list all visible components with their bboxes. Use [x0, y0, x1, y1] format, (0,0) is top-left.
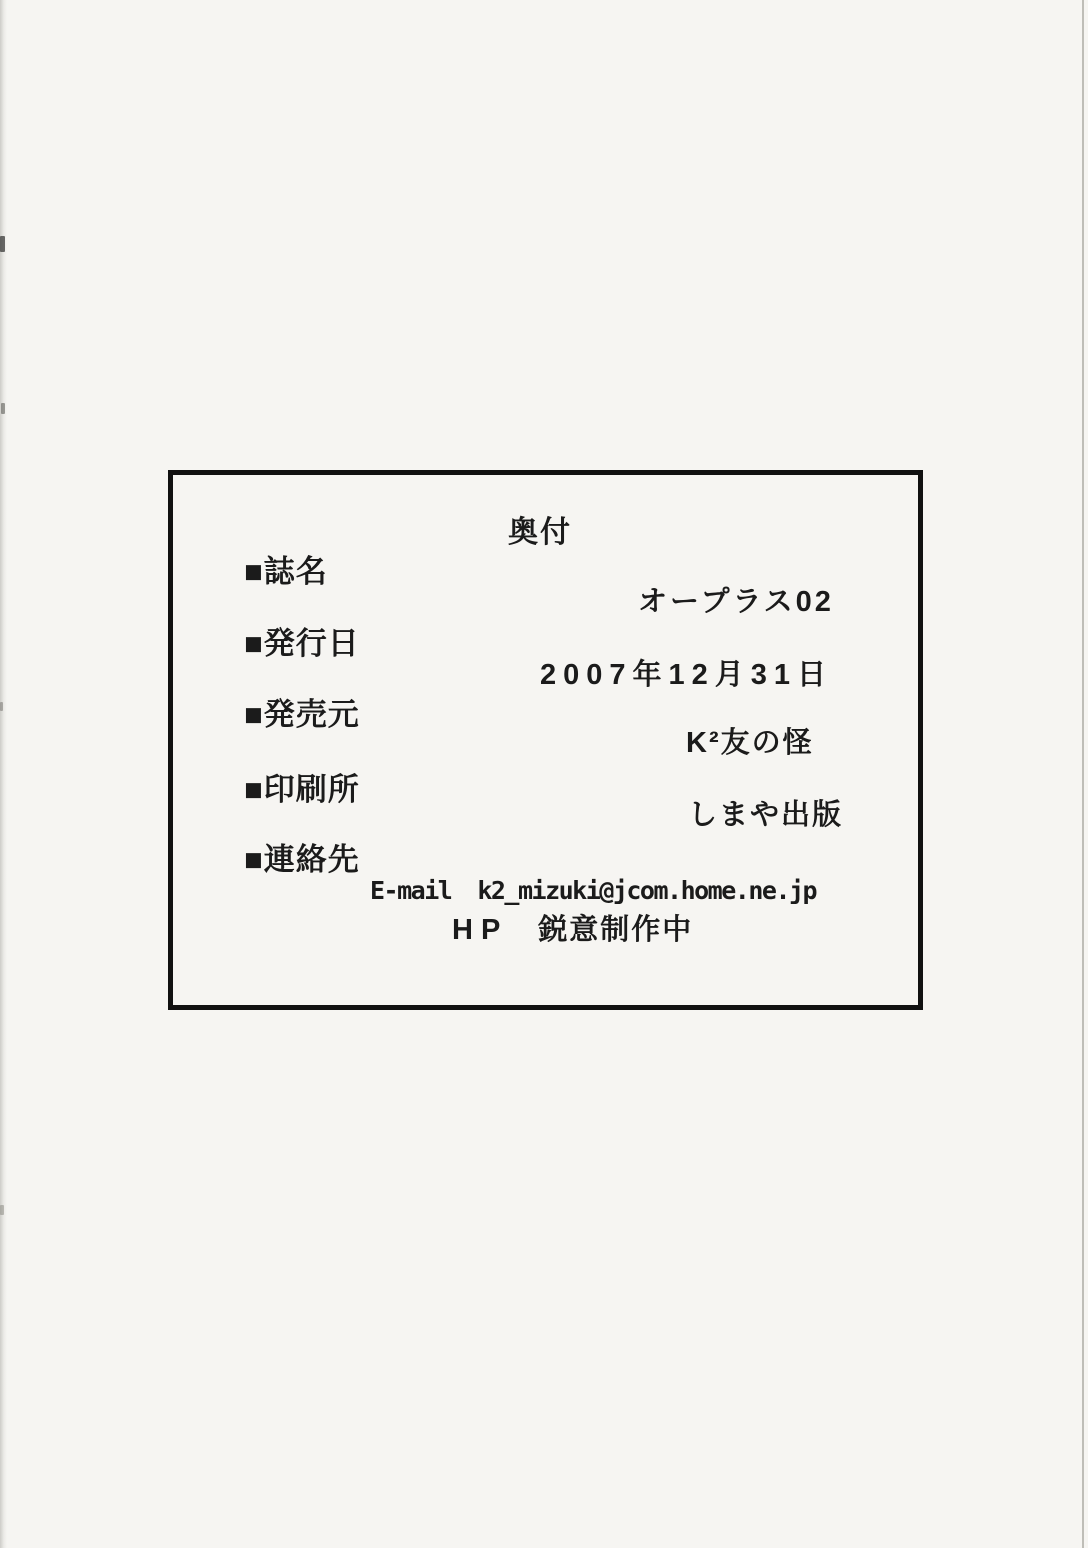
label-magazine-name: ■誌名 — [244, 556, 328, 587]
scan-artifact-right-edge — [1082, 0, 1084, 1548]
scan-artifact-speck — [0, 1205, 4, 1215]
scan-artifact-speck — [0, 702, 3, 711]
scan-artifact-speck — [1, 403, 5, 414]
colophon-box: 奥付 ■誌名 オープラス02 ■発行日 2007年12月31日 ■発売元 K²友… — [168, 470, 923, 1010]
contact-email-address: k2_mizuki@jcom.home.ne.jp — [477, 878, 816, 903]
contact-hp-label: HP — [452, 916, 508, 945]
label-publisher: ■発売元 — [244, 699, 360, 730]
scan-artifact-left-edge — [0, 0, 7, 1548]
contact-email-line: E-mail k2_mizuki@jcom.home.ne.jp — [370, 878, 816, 903]
value-publisher: K²友の怪 — [686, 729, 814, 758]
label-printer: ■印刷所 — [244, 774, 360, 805]
contact-hp-line: HP 鋭意制作中 — [452, 916, 693, 945]
label-publication-date: ■発行日 — [244, 628, 360, 659]
value-magazine-name: オープラス02 — [638, 588, 834, 617]
colophon-title: 奥付 — [508, 518, 572, 548]
label-contact: ■連絡先 — [244, 844, 360, 875]
value-printer: しまや出版 — [688, 801, 843, 830]
contact-hp-status: 鋭意制作中 — [538, 916, 693, 945]
contact-email-label: E-mail — [370, 878, 451, 903]
value-publication-date: 2007年12月31日 — [540, 661, 833, 690]
scan-artifact-speck — [0, 236, 5, 252]
scanned-page: 奥付 ■誌名 オープラス02 ■発行日 2007年12月31日 ■発売元 K²友… — [0, 0, 1088, 1548]
